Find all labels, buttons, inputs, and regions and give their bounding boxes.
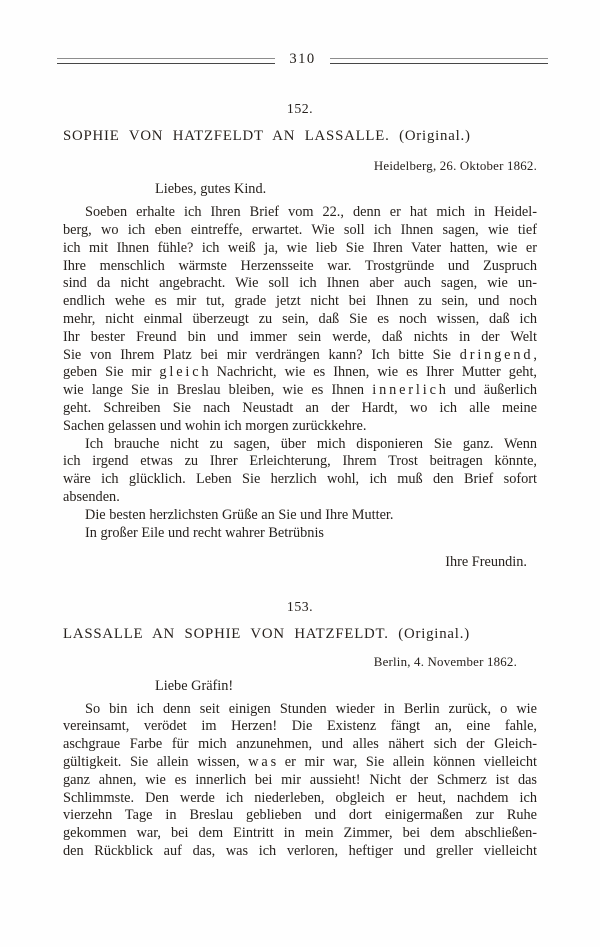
text-line: vierzehn Tage in Breslau geblieben und d… [63,807,537,825]
text-line: Ihre menschlich wärmste Herzensseite war… [63,258,537,276]
letter-dateline: Heidelberg, 26. Oktober 1862. [63,158,537,176]
paragraph: Soeben erhalte ich Ihren Brief vom 22., … [63,204,537,435]
text-line: geben Sie mir g l e i c h Nachricht, wie… [63,364,537,382]
letter-153: 153. LASSALLE AN SOPHIE VON HATZFELDT. (… [0,598,600,861]
page-header: 310 [57,52,548,70]
text-line: Ich brauche nicht zu sagen, über mich di… [63,436,537,454]
text-line: Soeben erhalte ich Ihren Brief vom 22., … [63,204,537,222]
text-line: mehr, nicht einmal überzeugt zu sein, da… [63,311,537,329]
text-line: wie lange Sie in Breslau bleiben, wie es… [63,382,537,400]
text-line: gekommen war, bei dem Eintritt in mein Z… [63,825,537,843]
letter-title: LASSALLE AN SOPHIE VON HATZFELDT. (Origi… [63,624,537,644]
letter-number: 152. [63,100,537,118]
text-line: Sachen gelassen und wohin ich morgen zur… [63,418,537,436]
page-number: 310 [275,51,329,69]
text-line: endlich wehe es mir tut, grade jetzt nic… [63,293,537,311]
text-line: absenden. [63,489,537,507]
header-rule-left [57,58,275,64]
closing-line: Die besten herzlichsten Grüße an Sie und… [63,507,537,525]
letter-152: 152. SOPHIE VON HATZFELDT AN LASSALLE. (… [0,100,600,572]
text-line: ich mit Ihnen fühle? ich weiß ja, wie li… [63,240,537,258]
letter-title: SOPHIE VON HATZFELDT AN LASSALLE. (Origi… [63,126,537,146]
letter-number: 153. [63,598,537,616]
letter-salutation: Liebes, gutes Kind. [63,181,537,199]
text-line: gültigkeit. Sie allein wissen, w a s er … [63,754,537,772]
text-line: aschgraue Farbe für mich anzunehmen, und… [63,736,537,754]
letter-dateline: Berlin, 4. November 1862. [63,654,537,672]
paragraph: Ich brauche nicht zu sagen, über mich di… [63,436,537,507]
text-line: Sie von Ihrem Platz bei mir verdrängen k… [63,347,537,365]
book-page: 310 152. SOPHIE VON HATZFELDT AN LASSALL… [0,0,600,947]
text-line: wäre ich glücklich. Leben Sie herzlich w… [63,471,537,489]
letter-signature: Ihre Freundin. [63,554,537,572]
text-line: vereinsamt, verödet im Herzen! Die Exist… [63,718,537,736]
text-line: geht. Schreiben Sie nach Neustadt an der… [63,400,537,418]
letter-salutation: Liebe Gräfin! [63,678,537,696]
closing-line: In großer Eile und recht wahrer Betrübni… [63,525,537,543]
text-line: Schlimmste. Den werde ich niederleben, o… [63,790,537,808]
text-line: So bin ich denn seit einigen Stunden wie… [63,701,537,719]
text-line: ganz ahnen, wie es innerlich bei mir aus… [63,772,537,790]
text-line: Ihr bester Freund bin und immer sein wer… [63,329,537,347]
header-rule-right [330,58,548,64]
text-line: ich irgend etwas zu Ihrer Erleichterung,… [63,453,537,471]
text-line: sind da nicht angebracht. Wie soll ich I… [63,275,537,293]
paragraph: So bin ich denn seit einigen Stunden wie… [63,701,537,861]
text-line: berg, wo ich eben eintreffe, erwartet. W… [63,222,537,240]
text-line: den Rückblick auf das, was ich verloren,… [63,843,537,861]
